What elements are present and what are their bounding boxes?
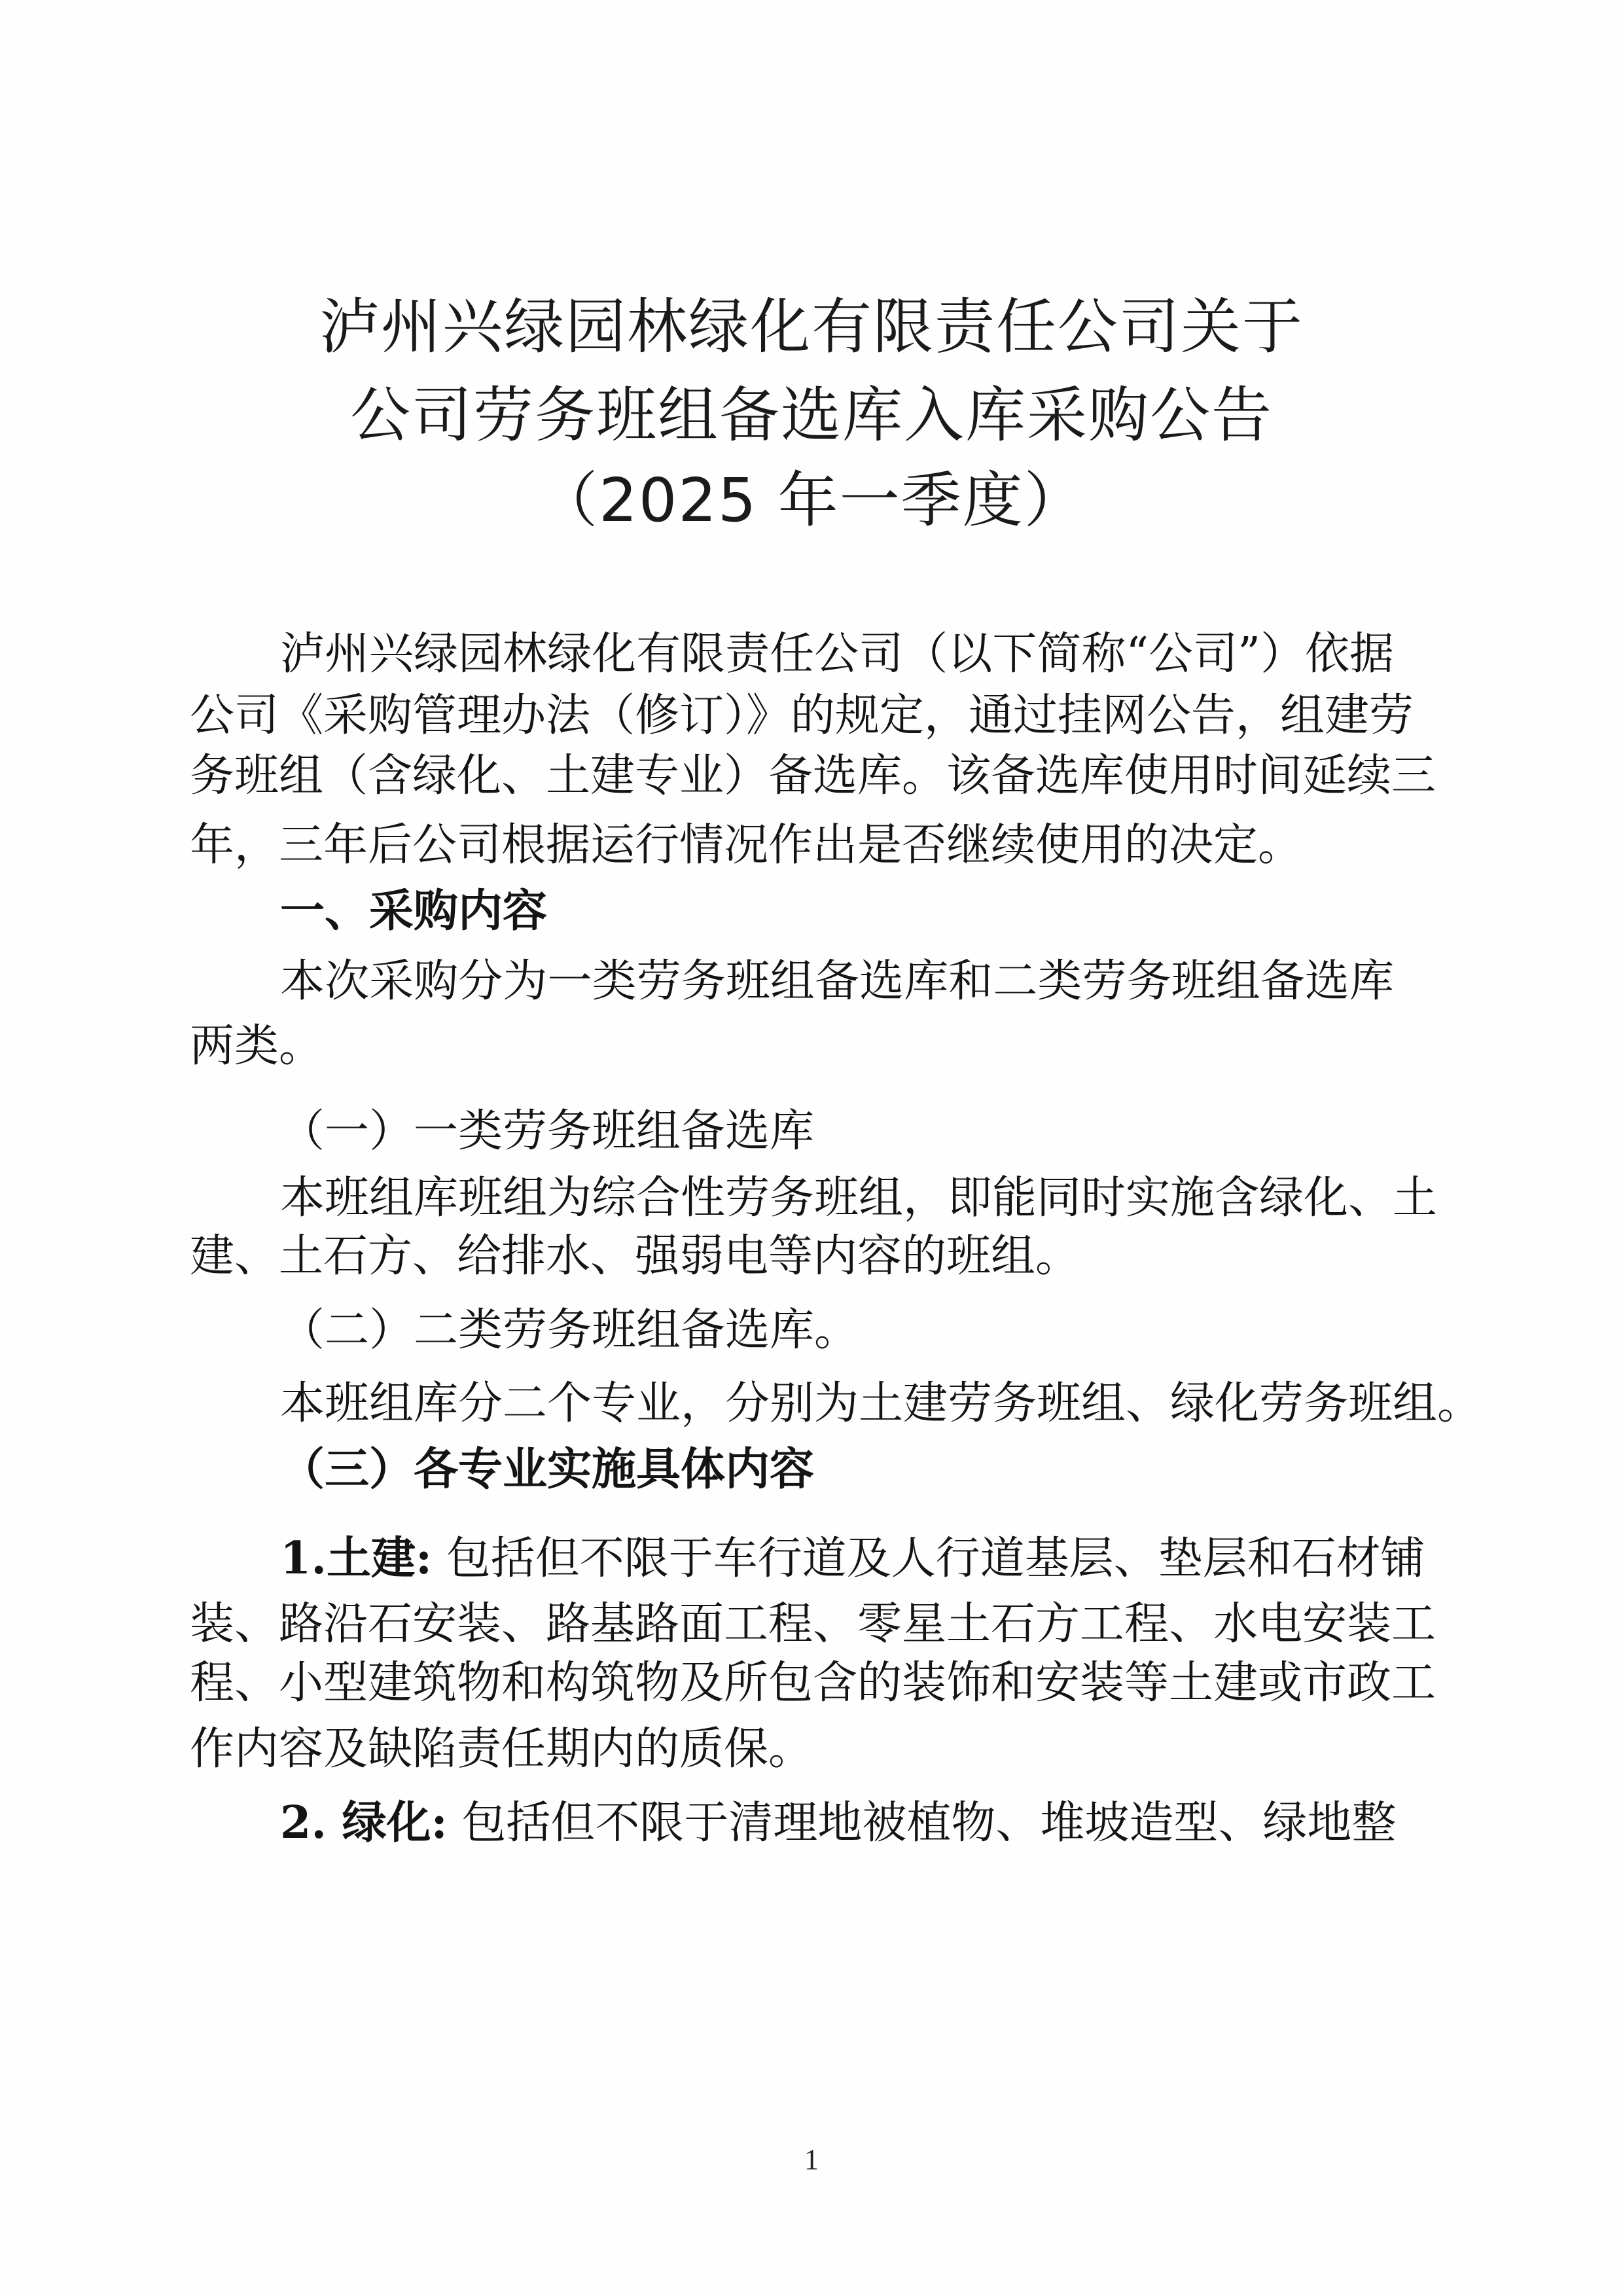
section1-para-line-1: 本次采购分为一类劳务班组备选库和二类劳务班组备选库 [280,949,1394,1014]
document-page: 泸州兴绿园林绿化有限责任公司关于 公司劳务班组备选库入库采购公告 （2025 年… [0,0,1623,2296]
page-number: 1 [0,2140,1623,2179]
sub1-para-line-1: 本班组库班组为综合性劳务班组，即能同时实施含绿化、土 [280,1166,1394,1231]
item2-label: 2. 绿化: [280,1797,448,1849]
item1-first-line-text: 包括但不限于车行道及人行道基层、垫层和石材铺 [432,1533,1425,1585]
item2-line-1: 2. 绿化: 包括但不限于清理地被植物、堆坡造型、绿地整 [280,1790,1394,1856]
sub2-para-line-1: 本班组库分二个专业，分别为土建劳务班组、绿化劳务班组。 [280,1371,1394,1437]
title-line-2: 公司劳务班组备选库入库采购公告 [0,376,1623,455]
subsection-heading-class1: （一）一类劳务班组备选库 [280,1099,1394,1164]
sub1-para-line-2: 建、土石方、给排水、强弱电等内容的班组。 [190,1224,1394,1289]
intro-line-1: 泸州兴绿园林绿化有限责任公司（以下简称“公司”）依据 [280,622,1394,687]
subsection-heading-class2: （二）二类劳务班组备选库。 [280,1298,1394,1363]
intro-line-4: 年，三年后公司根据运行情况作出是否继续使用的决定。 [190,813,1394,878]
item1-line-2: 装、路沿石安装、路基路面工程、零星土石方工程、水电安装工 [190,1592,1394,1657]
item1-line-1: 1.土建: 包括但不限于车行道及人行道基层、垫层和石材铺 [280,1526,1394,1591]
item1-label: 1.土建: [280,1532,432,1585]
section1-para-line-2: 两类。 [190,1014,1394,1079]
item1-line-3: 程、小型建筑物和构筑物及所包含的装饰和安装等土建或市政工 [190,1651,1394,1716]
item1-line-4: 作内容及缺陷责任期内的质保。 [190,1717,1394,1782]
intro-line-2: 公司《采购管理办法（修订）》的规定，通过挂网公告，组建劳 [190,683,1394,749]
title-line-1: 泸州兴绿园林绿化有限责任公司关于 [0,288,1623,367]
item2-first-line-text: 包括但不限于清理地被植物、堆坡造型、绿地整 [448,1797,1397,1849]
subsection-heading-specifics: （三）各专业实施具体内容 [280,1437,1394,1503]
title-line-3: （2025 年一季度） [0,461,1623,540]
section-heading-procurement-content: 一、采购内容 [280,879,1394,944]
intro-line-3: 务班组（含绿化、土建专业）备选库。该备选库使用时间延续三 [190,744,1394,809]
